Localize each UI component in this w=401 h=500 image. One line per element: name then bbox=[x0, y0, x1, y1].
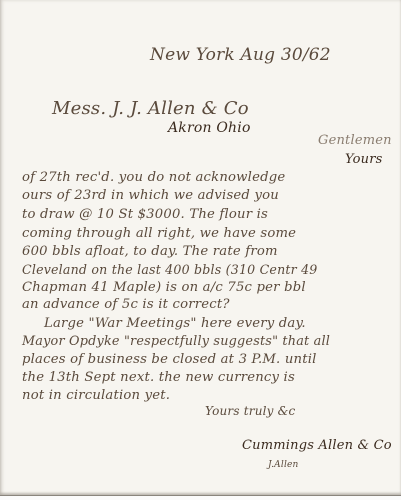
body-line-1: of 27th rec'd. you do not acknowledge bbox=[22, 170, 285, 185]
body-line-4: coming through all right, we have some bbox=[22, 226, 296, 241]
recipient-location: Akron Ohio bbox=[168, 120, 251, 136]
body-line-0: Yours bbox=[345, 152, 383, 167]
body-line-11: places of business be closed at 3 P.M. u… bbox=[22, 352, 317, 367]
body-line-12: the 13th Sept next. the new currency is bbox=[22, 370, 295, 385]
recipient-name: Mess. J. J. Allen & Co bbox=[52, 98, 249, 119]
body-line-13: not in circulation yet. bbox=[22, 388, 170, 403]
page-bottom-edge bbox=[0, 495, 401, 500]
signature-initials: J.Allen bbox=[268, 460, 299, 470]
letter-page: New York Aug 30/62 Mess. J. J. Allen & C… bbox=[0, 0, 401, 495]
body-line-7: Chapman 41 Maple) is on a/c 75c per bbl bbox=[22, 280, 306, 295]
body-line-6: Cleveland on the last 400 bbls (310 Cent… bbox=[22, 262, 318, 277]
body-line-8: an advance of 5c is it correct? bbox=[22, 297, 230, 312]
body-line-2: ours of 23rd in which we advised you bbox=[22, 188, 279, 203]
closing: Yours truly &c bbox=[205, 404, 295, 418]
body-line-10: Mayor Opdyke "respectfully suggests" tha… bbox=[22, 334, 330, 349]
salutation: Gentlemen bbox=[318, 133, 392, 148]
dateline: New York Aug 30/62 bbox=[150, 45, 331, 65]
body-line-3: to draw @ 10 St $3000. The flour is bbox=[22, 207, 268, 222]
body-line-9: Large "War Meetings" here every day. bbox=[44, 316, 306, 331]
signature: Cummings Allen & Co bbox=[242, 438, 392, 453]
body-line-5: 600 bbls afloat, to day. The rate from bbox=[22, 244, 278, 259]
